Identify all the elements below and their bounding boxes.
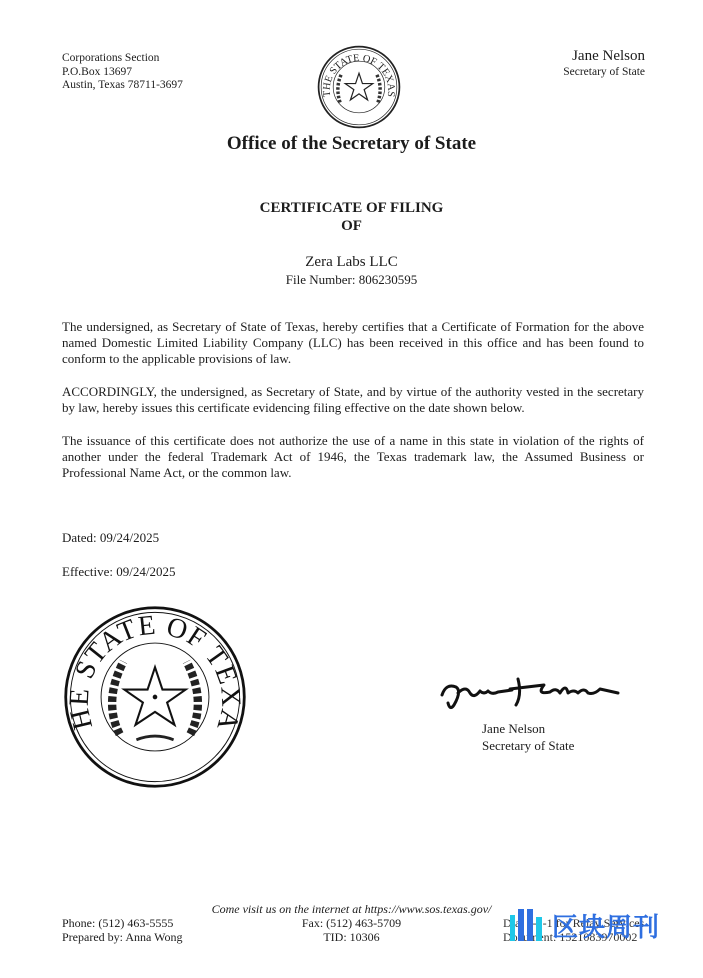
official-header: Jane Nelson Secretary of State (563, 48, 645, 79)
certificate-title-line1: CERTIFICATE OF FILING (0, 199, 703, 217)
address-line: P.O.Box 13697 (62, 66, 183, 80)
certification-paragraph: The undersigned, as Secretary of State o… (62, 319, 644, 367)
address-line: Corporations Section (62, 52, 183, 66)
signer-title: Secretary of State (482, 737, 574, 754)
official-name: Jane Nelson (563, 48, 645, 65)
official-title: Secretary of State (563, 65, 645, 79)
signer-name: Jane Nelson (482, 720, 574, 737)
dated-date: Dated: 09/24/2025 (62, 530, 159, 546)
texas-seal-large-icon: THE STATE OF TEXAS (62, 604, 248, 790)
file-number: File Number: 806230595 (0, 272, 703, 287)
office-title: Office of the Secretary of State (0, 133, 703, 155)
watermark-logo-icon (508, 905, 548, 945)
signature-block: Jane Nelson Secretary of State (482, 720, 574, 754)
watermark-text: 区块周刊 (552, 907, 660, 944)
entity-name: Zera Labs LLC (0, 254, 703, 271)
effective-date: Effective: 09/24/2025 (62, 564, 175, 580)
address-line: Austin, Texas 78711-3697 (62, 79, 183, 93)
accordingly-paragraph: ACCORDINGLY, the undersigned, as Secreta… (62, 384, 644, 416)
texas-seal-icon: THE STATE OF TEXAS (316, 44, 402, 130)
office-address: Corporations Section P.O.Box 13697 Austi… (62, 52, 183, 93)
watermark: 区块周刊 (508, 905, 660, 945)
certificate-title-line2: OF (0, 217, 703, 235)
certificate-title: CERTIFICATE OF FILING OF (0, 199, 703, 235)
signature-image (432, 665, 632, 715)
disclaimer-paragraph: The issuance of this certificate does no… (62, 433, 644, 481)
